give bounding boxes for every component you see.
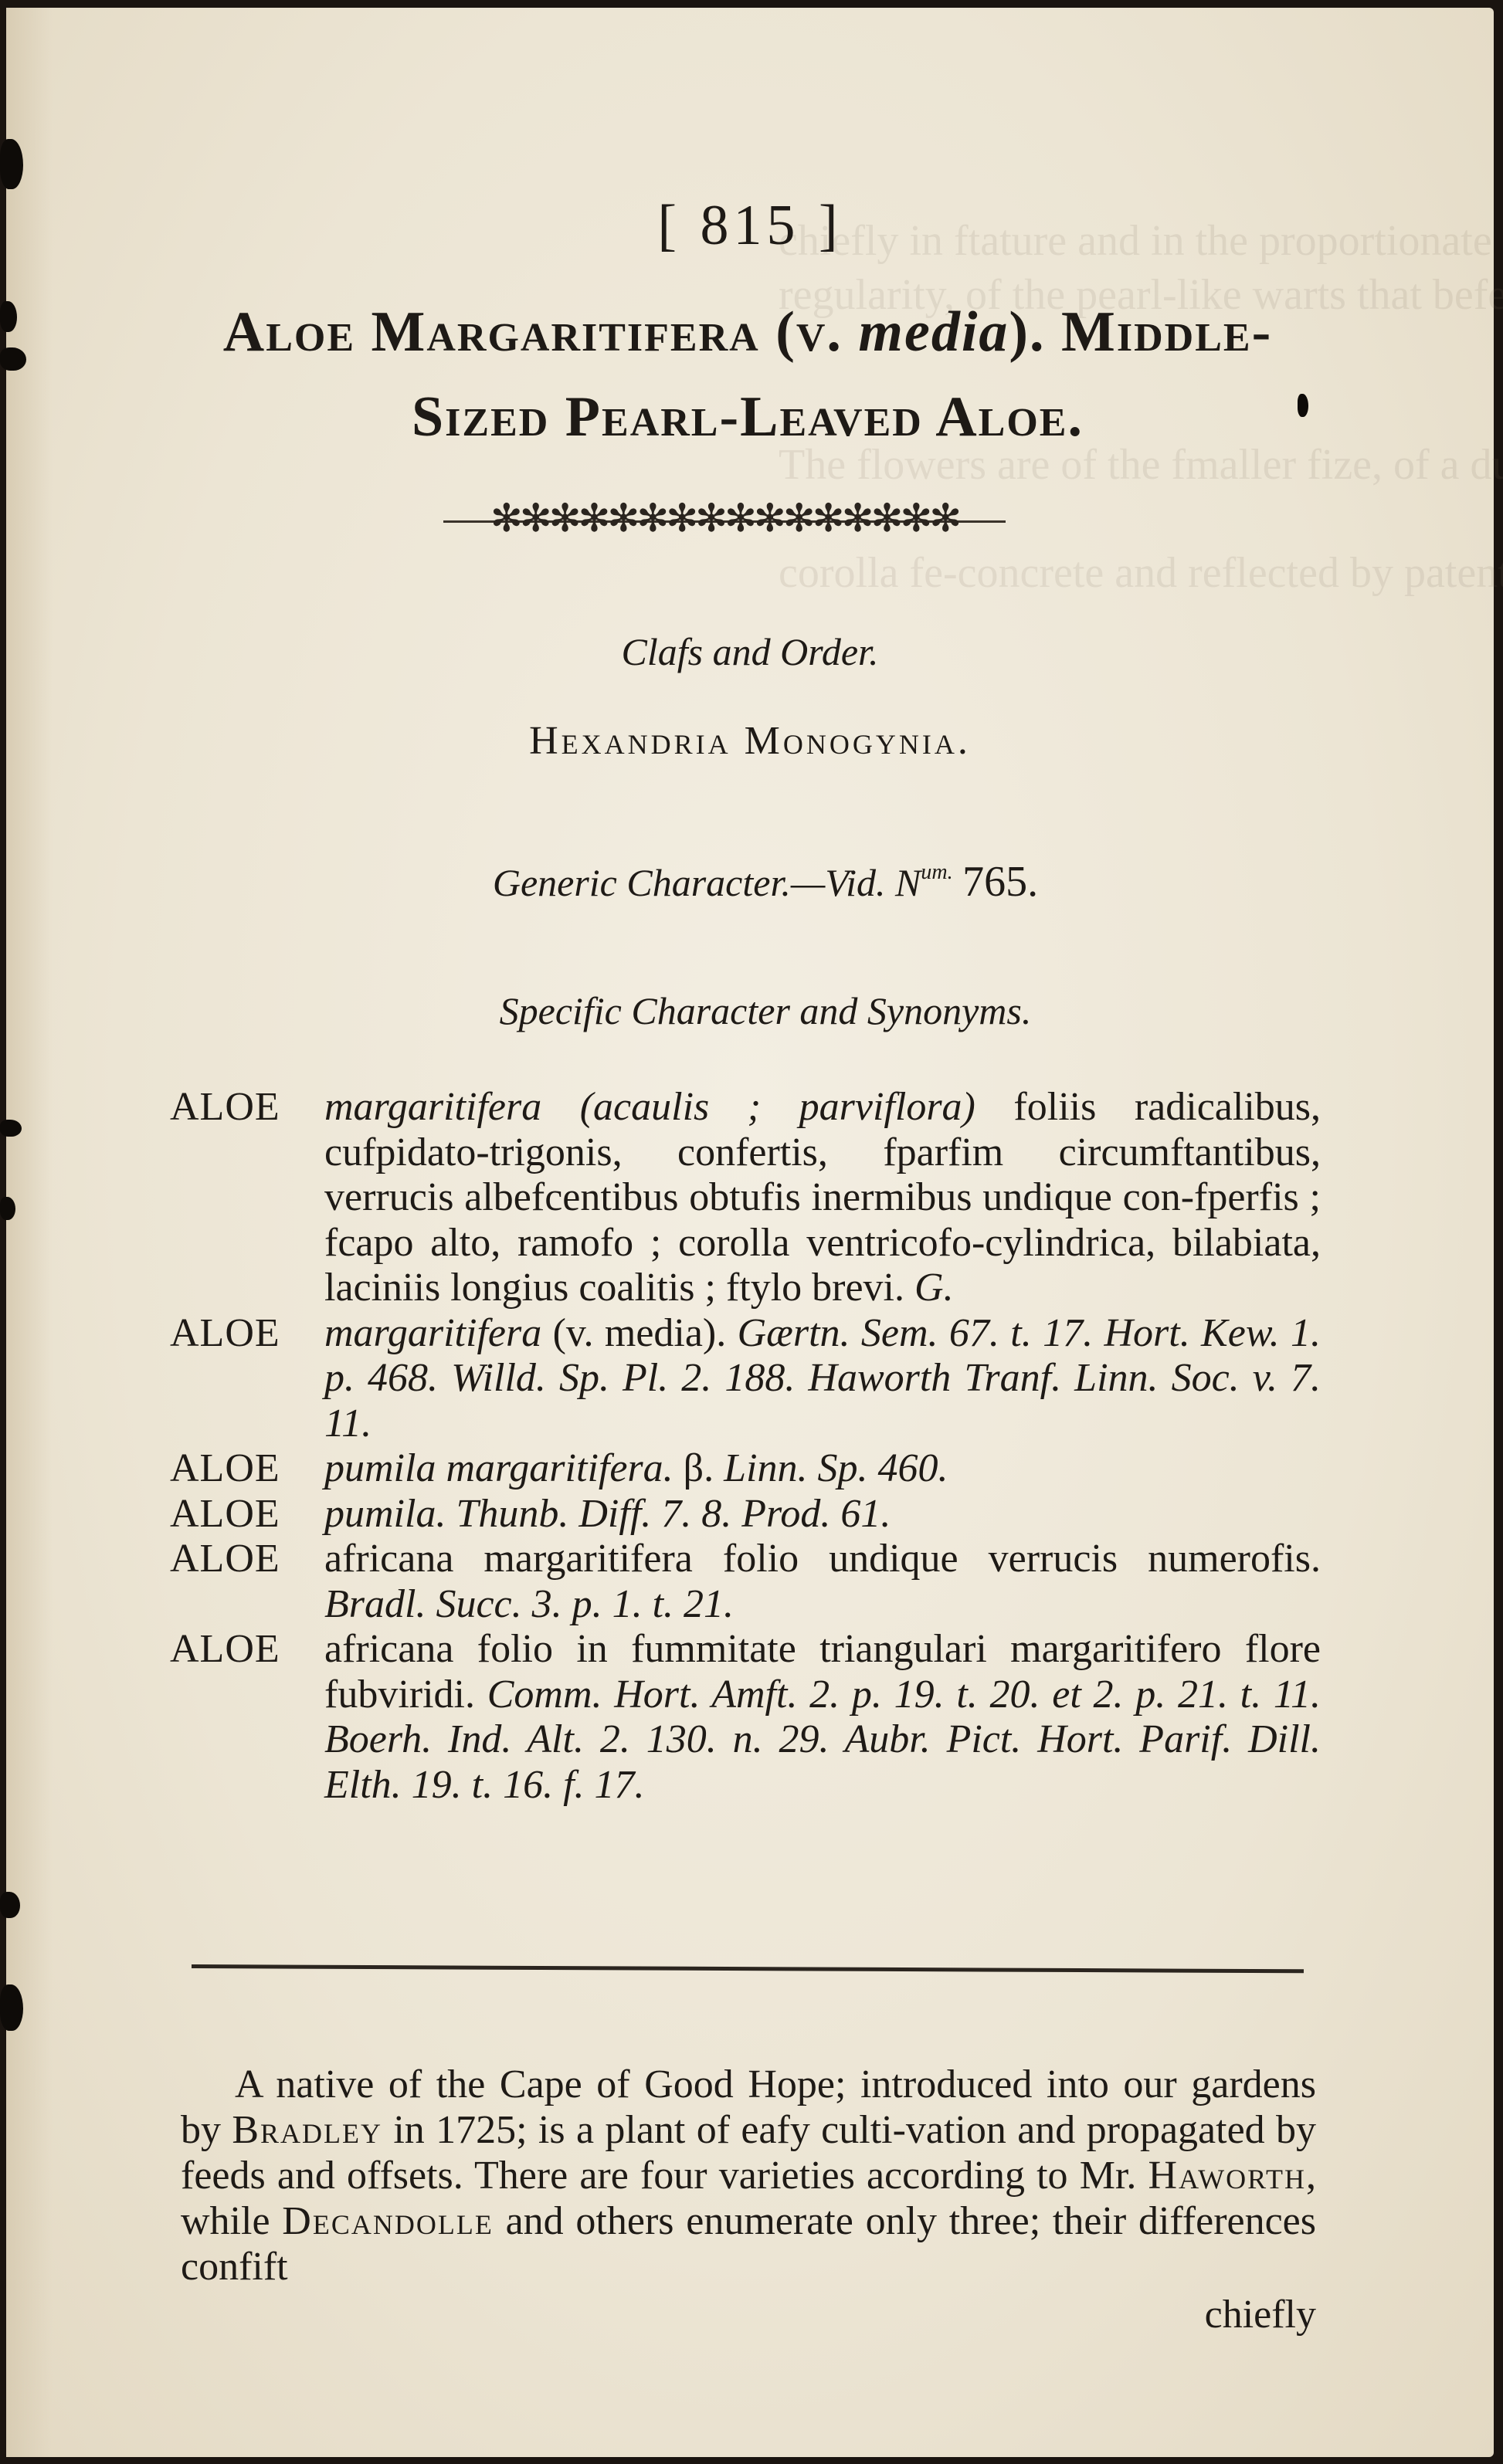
synonym-entry: ALOE margaritifera (v. media). Gærtn. Se… (170, 1311, 1321, 1447)
title-line-1: Aloe Margaritifera (v. media). Middle- (153, 290, 1342, 375)
synonym-entry: ALOE margaritifera (acaulis ; parviflora… (170, 1085, 1321, 1311)
page-number: [ 815 ] (6, 193, 1494, 259)
ink-blot (0, 301, 17, 332)
ink-blot (0, 1197, 15, 1220)
ink-blot (0, 1984, 23, 2031)
specific-character-heading: Specific Character and Synonyms. (37, 988, 1494, 1033)
title-line-2: Sized Pearl-Leaved Aloe. (153, 375, 1342, 459)
synonyms-list: ALOE margaritifera (acaulis ; parviflora… (170, 1085, 1321, 1808)
description-paragraph: A native of the Cape of Good Hope; intro… (181, 2062, 1316, 2289)
decorative-star-ornament: ✻✻✻✻✻✻✻✻✻✻✻✻✻✻✻✻ (439, 496, 1010, 541)
synonym-entry: ALOE pumila margaritifera. β. Linn. Sp. … (170, 1446, 1321, 1492)
ink-blot (0, 1892, 20, 1918)
bleed-through-text: corolla fe-concrete and reflected by pat… (779, 548, 1503, 598)
ink-blot (0, 347, 26, 371)
generic-character: Generic Character.—Vid. Num. 765. (37, 857, 1494, 907)
section-divider (192, 1964, 1304, 1973)
ink-blot (0, 1120, 22, 1137)
synonym-entry: ALOE pumila. Thunb. Diff. 7. 8. Prod. 61… (170, 1492, 1321, 1537)
catchword: chiefly (1149, 2292, 1316, 2337)
ink-blot (0, 139, 23, 189)
page-title: Aloe Margaritifera (v. media). Middle- S… (153, 290, 1342, 459)
synonym-entry: ALOE africana folio in fummitate triangu… (170, 1627, 1321, 1808)
book-page: chiefly in ftature and in the proportion… (6, 8, 1494, 2457)
synonym-entry: ALOE africana margaritifera folio undiqu… (170, 1537, 1321, 1627)
class-order-heading: Clafs and Order. (6, 629, 1494, 674)
class-order-value: Hexandria Monogynia. (6, 718, 1494, 764)
